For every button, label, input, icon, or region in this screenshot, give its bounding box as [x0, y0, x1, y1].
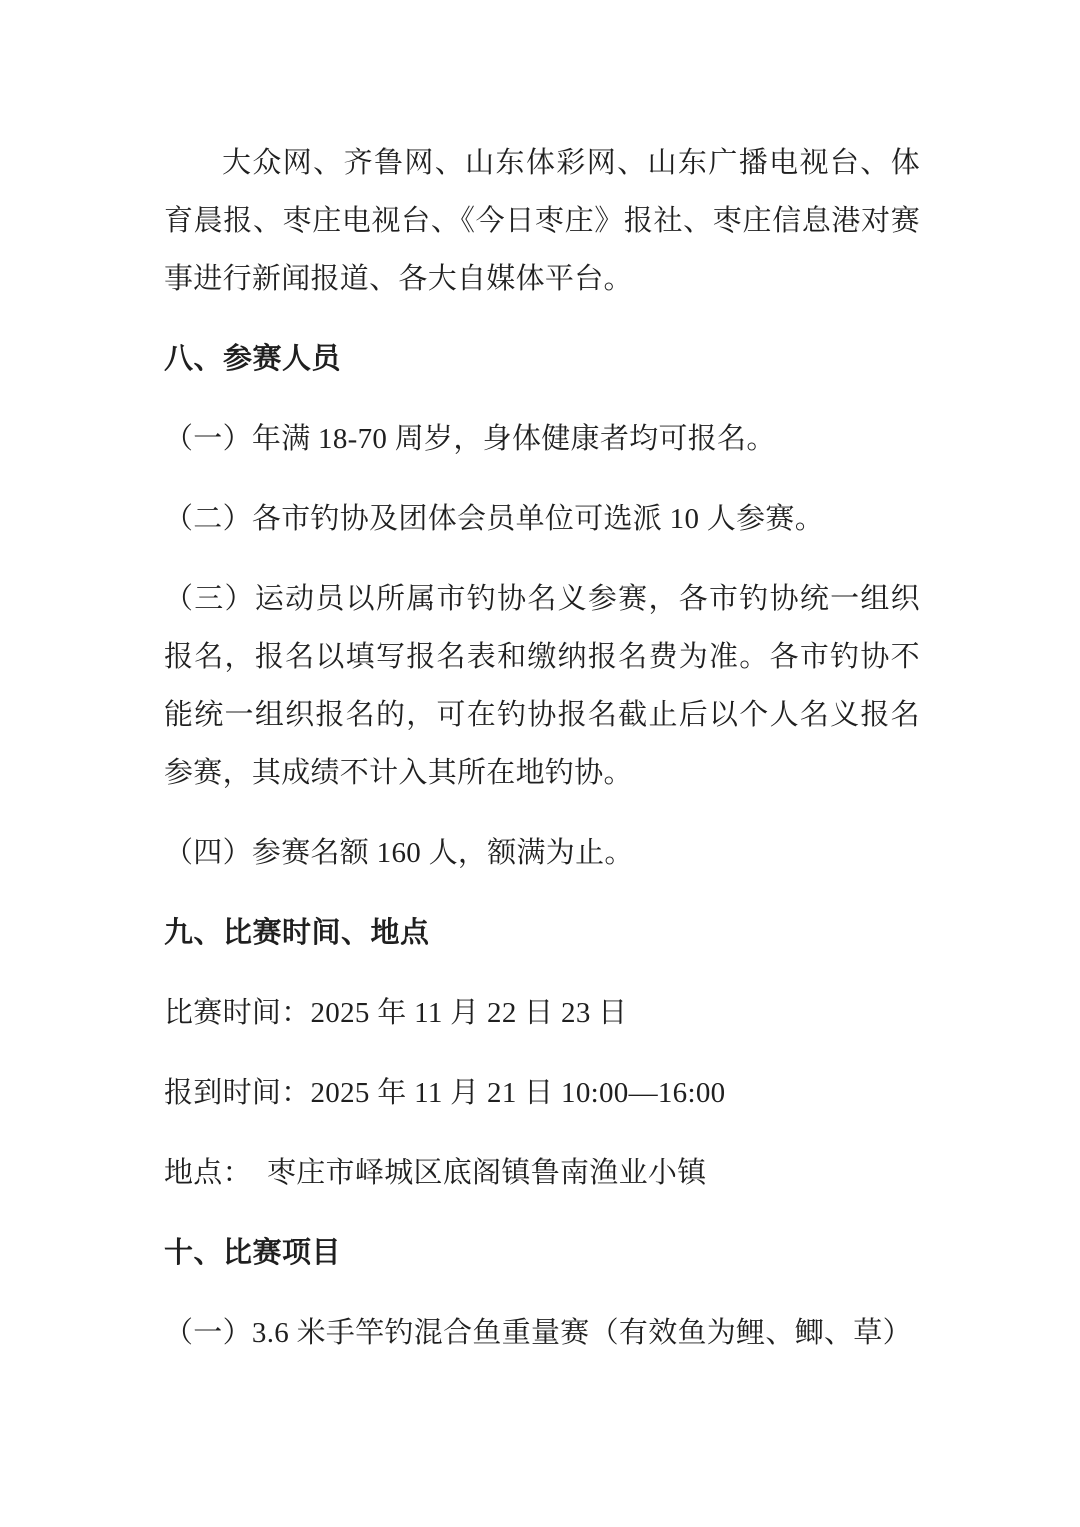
paragraph-item-4-participant-limit: （四）参赛名额 160 人，额满为止。 [164, 824, 920, 882]
heading-section-10-events: 十、比赛项目 [164, 1224, 920, 1282]
document: 大众网、齐鲁网、山东体彩网、山东广播电视台、体育晨报、枣庄电视台、《今日枣庄》报… [164, 134, 920, 1362]
document-page: 大众网、齐鲁网、山东体彩网、山东广播电视台、体育晨报、枣庄电视台、《今日枣庄》报… [0, 0, 1080, 1527]
paragraph-location: 地点： 枣庄市峄城区底阁镇鲁南渔业小镇 [164, 1144, 920, 1202]
paragraph-item-1-age-requirement: （一）年满 18-70 周岁，身体健康者均可报名。 [164, 410, 920, 468]
paragraph-media-coverage: 大众网、齐鲁网、山东体彩网、山东广播电视台、体育晨报、枣庄电视台、《今日枣庄》报… [164, 134, 920, 308]
paragraph-event-1-mixed-fish-weight: （一）3.6 米手竿钓混合鱼重量赛（有效鱼为鲤、鲫、草） [164, 1304, 920, 1362]
paragraph-item-2-team-quota: （二）各市钓协及团体会员单位可选派 10 人参赛。 [164, 490, 920, 548]
paragraph-competition-time: 比赛时间：2025 年 11 月 22 日 23 日 [164, 984, 920, 1042]
paragraph-item-3-registration-rules: （三）运动员以所属市钓协名义参赛，各市钓协统一组织报名，报名以填写报名表和缴纳报… [164, 570, 920, 802]
heading-section-9-time-location: 九、比赛时间、地点 [164, 904, 920, 962]
paragraph-checkin-time: 报到时间：2025 年 11 月 21 日 10:00—16:00 [164, 1064, 920, 1122]
heading-section-8-participants: 八、参赛人员 [164, 330, 920, 388]
